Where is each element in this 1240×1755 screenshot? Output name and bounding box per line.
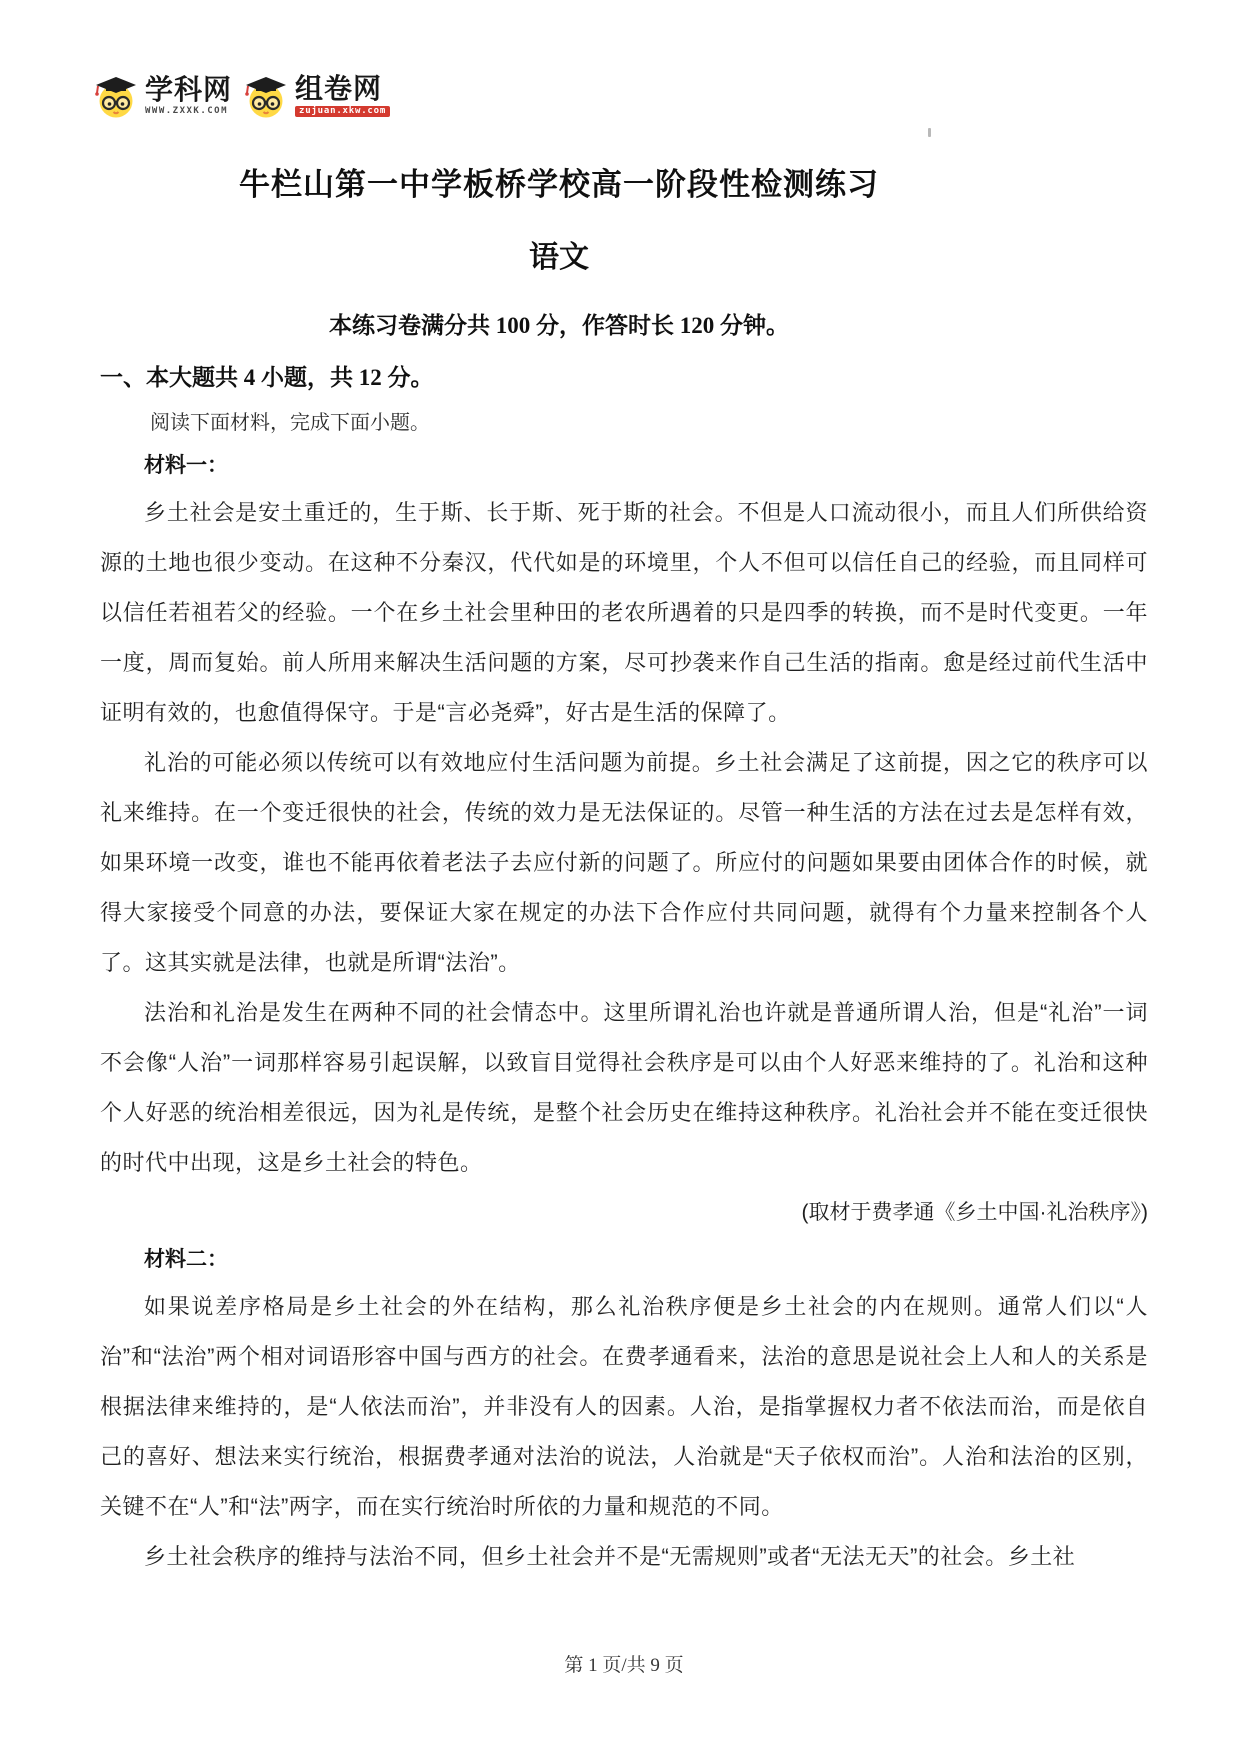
scan-artifact-mark [928,128,931,137]
section-one-heading: 一、本大题共 4 小题，共 12 分。 [100,358,1148,398]
material-two-paragraph-1: 如果说差序格局是乡土社会的外在结构，那么礼治秩序便是乡土社会的内在规则。通常人们… [100,1282,1148,1532]
material-one-label: 材料一： [100,444,1148,488]
xkw-site-url: WWW.ZXXK.COM [145,107,232,116]
page-number-indicator: 第 1 页/共 9 页 [100,1650,1240,1677]
material-one-source: (取材于费孝通《乡土中国·礼治秩序》) [100,1188,1148,1238]
xkw-logo-text: 学科网 WWW.ZXXK.COM [145,76,232,116]
exam-notice: 本练习卷满分共 100 分，作答时长 120 分钟。 [100,310,1018,342]
material-two-paragraph-2-truncated: 乡土社会秩序的维持与法治不同，但乡土社会并不是“无需规则”或者“无法无天”的社会… [100,1532,1148,1582]
zujuan-logo: 组卷网 zujuan.xkw.com [242,72,390,120]
material-one-paragraph-3: 法治和礼治是发生在两种不同的社会情态中。这里所谓礼治也许就是普通所谓人治，但是“… [100,988,1148,1188]
xkw-logo: 学科网 WWW.ZXXK.COM [92,72,232,120]
zujuan-logo-text: 组卷网 zujuan.xkw.com [295,75,390,117]
material-one-paragraph-2: 礼治的可能必须以传统可以有效地应付生活问题为前提。乡土社会满足了这前提，因之它的… [100,738,1148,988]
exam-paper-page: 学科网 WWW.ZXXK.COM [0,0,1240,1755]
site-logos: 学科网 WWW.ZXXK.COM [92,72,390,120]
document-head: 牛栏山第一中学板桥学校高一阶段性检测练习 语文 本练习卷满分共 100 分，作答… [100,164,1148,342]
xkw-site-name: 学科网 [145,76,232,104]
reading-instruction: 阅读下面材料，完成下面小题。 [100,402,1148,444]
exam-subject: 语文 [100,238,1018,278]
zujuan-site-url: zujuan.xkw.com [295,106,390,117]
zujuan-owl-mascot-icon [242,72,290,120]
material-two-label: 材料二： [100,1238,1148,1282]
document-content: 牛栏山第一中学板桥学校高一阶段性检测练习 语文 本练习卷满分共 100 分，作答… [100,158,1148,1582]
xkw-owl-mascot-icon [92,72,140,120]
exam-title: 牛栏山第一中学板桥学校高一阶段性检测练习 [100,164,1018,206]
material-one-paragraph-1: 乡土社会是安土重迁的，生于斯、长于斯、死于斯的社会。不但是人口流动很小，而且人们… [100,488,1148,738]
zujuan-site-name: 组卷网 [295,75,390,103]
